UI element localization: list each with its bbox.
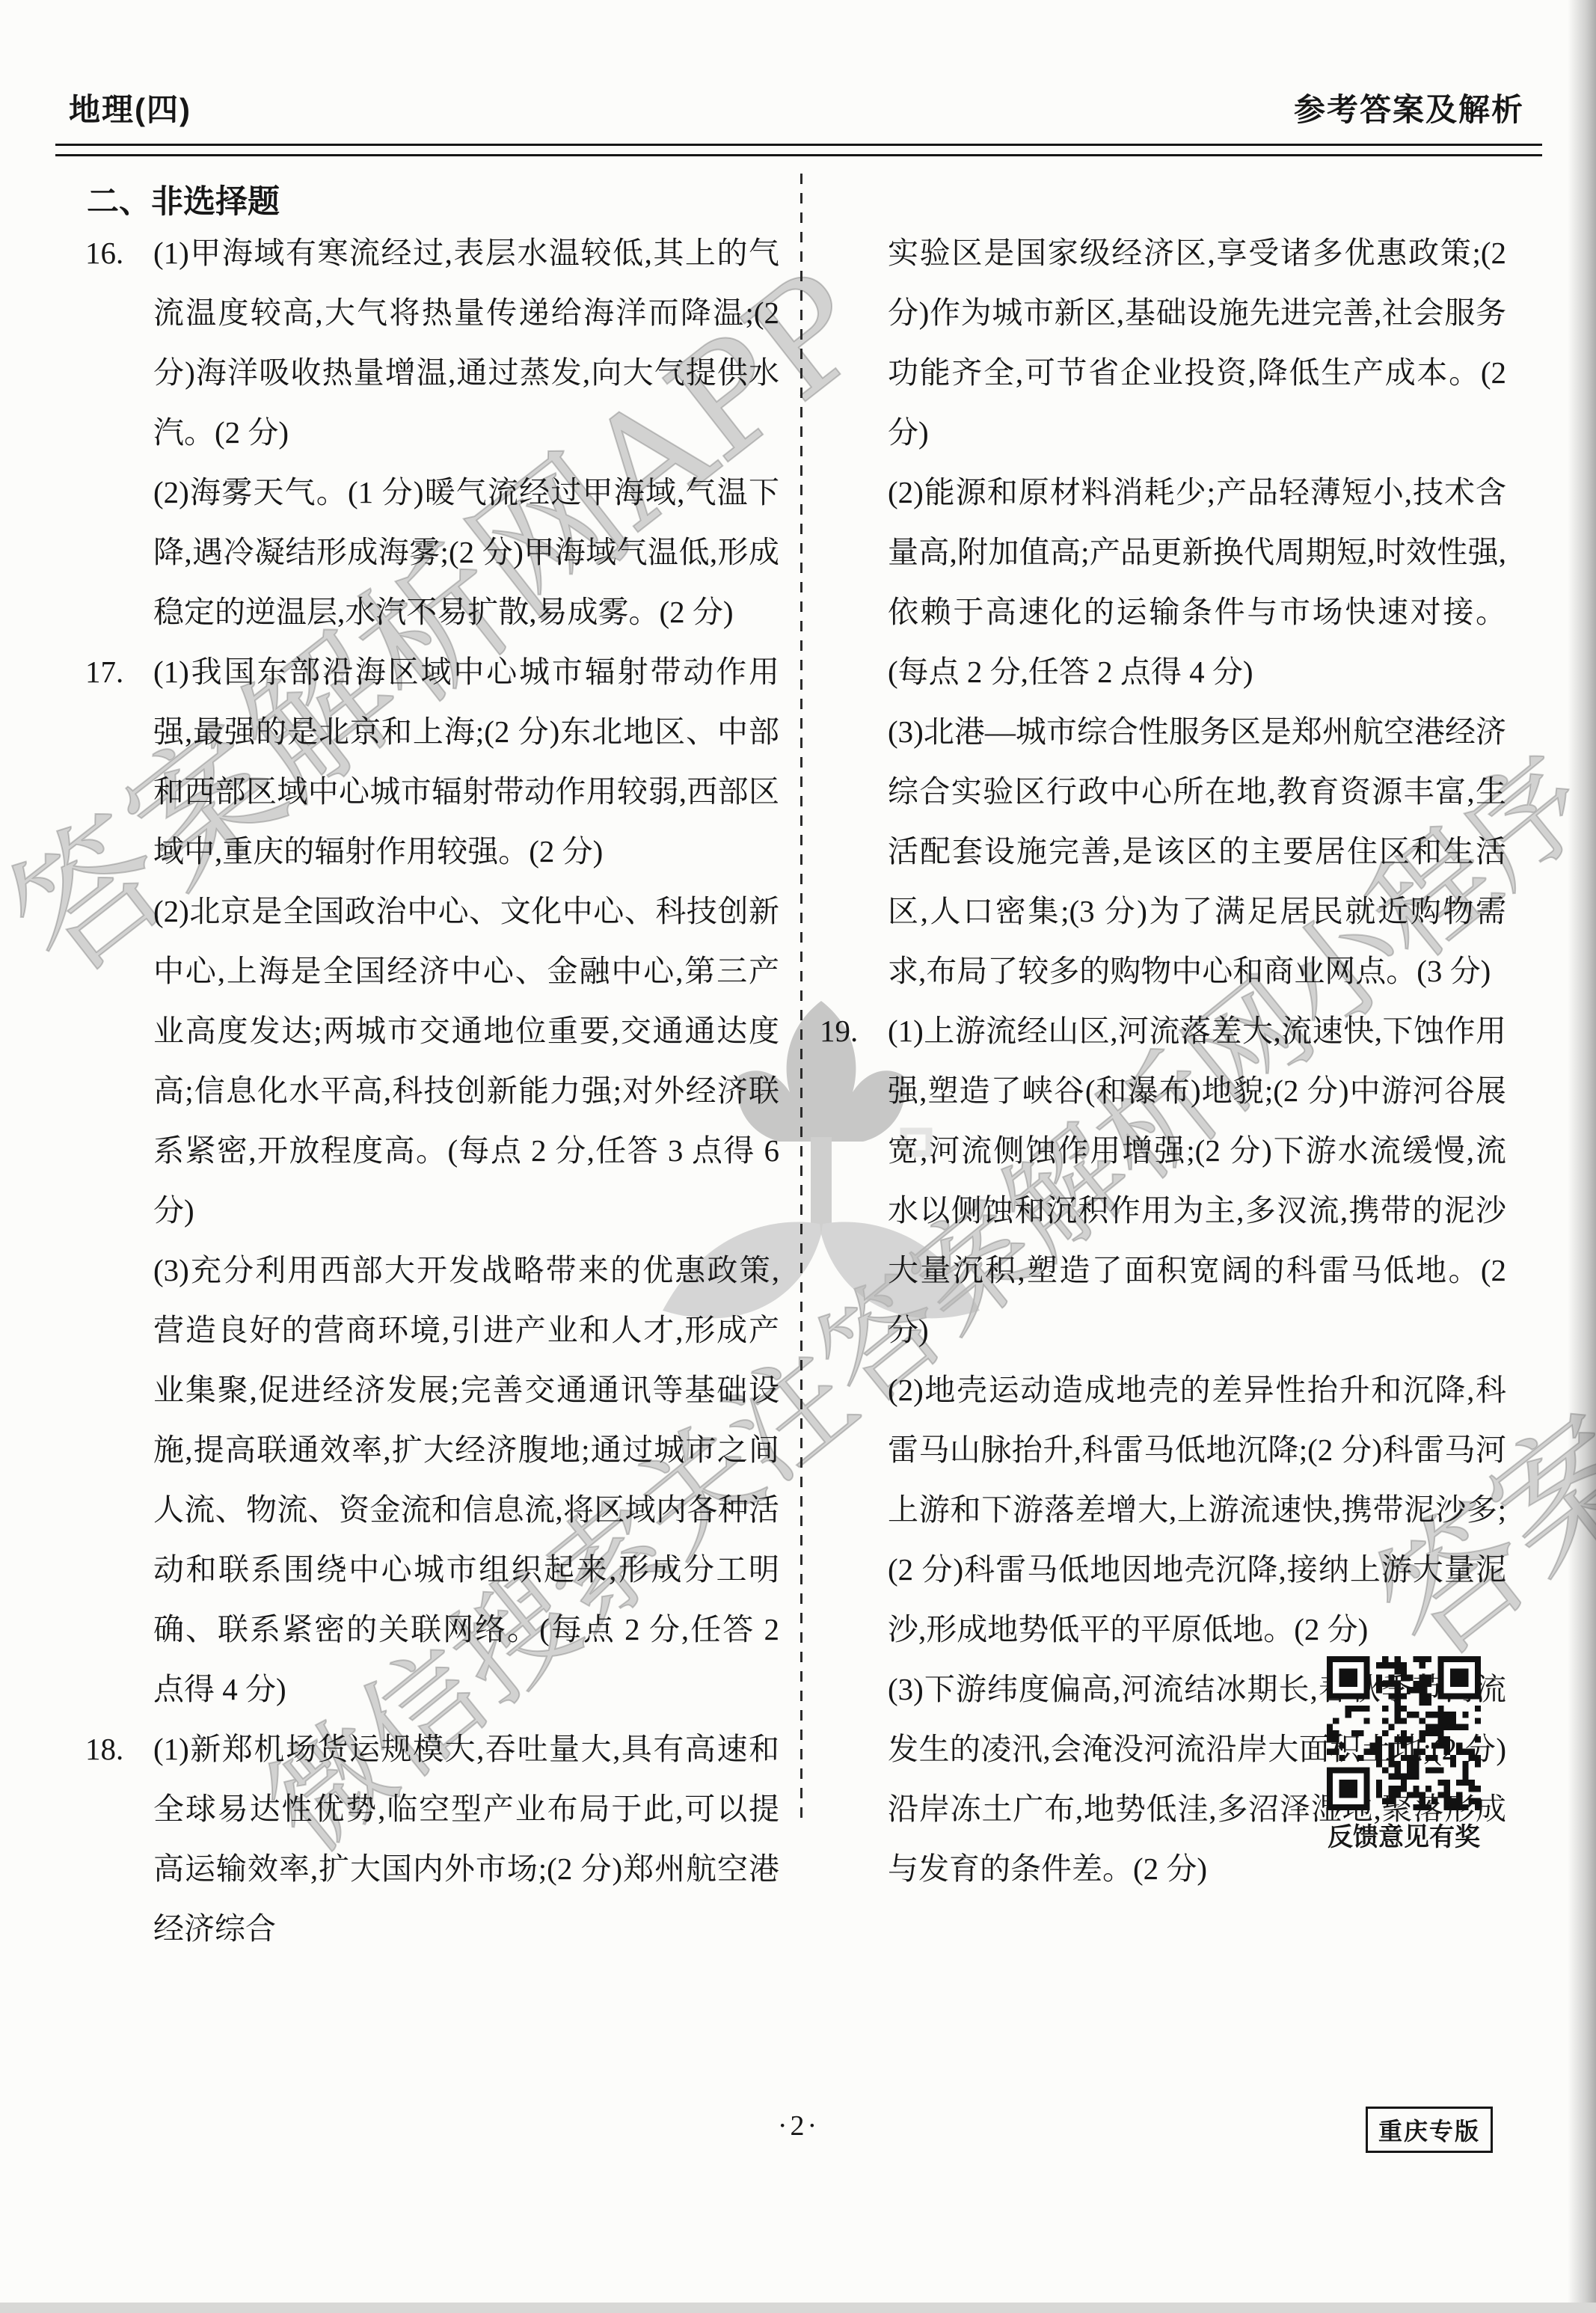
item-number: 17. [85,642,123,702]
section-title: 二、非选择题 [87,177,280,222]
answer-paragraph: (2)北京是全国政治中心、文化中心、科技创新中心,上海是全国经济中心、金融中心,… [85,881,779,1240]
paragraph-text: (1)上游流经山区,河流落差大,流速快,下蚀作用强,塑造了峡谷(和瀑布)地貌;(… [888,1014,1506,1347]
paragraph-text: (2)海雾天气。(1 分)暖气流经过甲海域,气温下降,遇冷凝结形成海雾;(2 分… [153,475,779,629]
paragraph-text: (1)新郑机场货运规模大,吞吐量大,具有高速和全球易达性优势,临空型产业布局于此… [153,1732,779,1946]
paragraph-text: (1)我国东部沿海区域中心城市辐射带动作用强,最强的是北京和上海;(2 分)东北… [153,655,779,868]
paragraph-text: (3)北港—城市综合性服务区是郑州航空港经济综合实验区行政中心所在地,教育资源丰… [888,714,1506,988]
answer-paragraph: 实验区是国家级经济区,享受诸多优惠政策;(2 分)作为城市新区,基础设施先进完善… [820,223,1506,462]
answer-paragraph: (2)海雾天气。(1 分)暖气流经过甲海域,气温下降,遇冷凝结形成海雾;(2 分… [85,462,779,642]
qr-code [1327,1656,1481,1810]
left-column: 16.(1)甲海域有寒流经过,表层水温较低,其上的气流温度较高,大气将热量传递给… [85,223,779,1958]
page-number: ·2· [749,2110,848,2142]
paragraph-text: (3)充分利用西部大开发战略带来的优惠政策,营造良好的营商环境,引进产业和人才,… [153,1253,779,1706]
answer-paragraph: (3)北港—城市综合性服务区是郑州航空港经济综合实验区行政中心所在地,教育资源丰… [820,702,1506,1001]
qr-caption: 反馈意见有奖 [1303,1816,1505,1853]
answer-paragraph: 16.(1)甲海域有寒流经过,表层水温较低,其上的气流温度较高,大气将热量传递给… [85,223,779,462]
scan-shadow-right [1568,0,1596,2313]
scanned-answer-page: 答案解析网APP 微信搜索关注答案解析网小程序 答案解析网 地理(四) 参考答案… [0,0,1596,2313]
column-divider [800,174,802,1822]
paragraph-text: (2)北京是全国政治中心、文化中心、科技创新中心,上海是全国经济中心、金融中心,… [153,894,779,1228]
item-number: 16. [85,223,123,283]
answer-paragraph: 17.(1)我国东部沿海区域中心城市辐射带动作用强,最强的是北京和上海;(2 分… [85,642,779,881]
answer-paragraph: (3)充分利用西部大开发战略带来的优惠政策,营造良好的营商环境,引进产业和人才,… [85,1240,779,1719]
answer-key-title: 参考答案及解析 [1294,85,1524,130]
paragraph-text: (1)甲海域有寒流经过,表层水温较低,其上的气流温度较高,大气将热量传递给海洋而… [153,236,779,450]
item-number: 19. [820,1001,858,1061]
answer-paragraph: 18.(1)新郑机场货运规模大,吞吐量大,具有高速和全球易达性优势,临空型产业布… [85,1719,779,1958]
subject-title: 地理(四) [69,85,191,130]
answer-paragraph: (2)地壳运动造成地壳的差异性抬升和沉降,科雷马山脉抬升,科雷马低地沉降;(2 … [820,1360,1506,1659]
paragraph-text: (2)地壳运动造成地壳的差异性抬升和沉降,科雷马山脉抬升,科雷马低地沉降;(2 … [888,1373,1506,1646]
edition-badge: 重庆专版 [1366,2107,1493,2153]
paragraph-text: (2)能源和原材料消耗少;产品轻薄短小,技术含量高,附加值高;产品更新换代周期短… [888,475,1506,689]
answer-paragraph: (2)能源和原材料消耗少;产品轻薄短小,技术含量高,附加值高;产品更新换代周期短… [820,462,1506,702]
paragraph-text: 实验区是国家级经济区,享受诸多优惠政策;(2 分)作为城市新区,基础设施先进完善… [888,236,1506,450]
header-double-rule [55,144,1542,156]
item-number: 18. [85,1719,123,1779]
answer-paragraph: 19.(1)上游流经山区,河流落差大,流速快,下蚀作用强,塑造了峡谷(和瀑布)地… [820,1001,1506,1360]
scan-shadow-bottom [0,2303,1596,2313]
right-column: 实验区是国家级经济区,享受诸多优惠政策;(2 分)作为城市新区,基础设施先进完善… [820,223,1506,1899]
